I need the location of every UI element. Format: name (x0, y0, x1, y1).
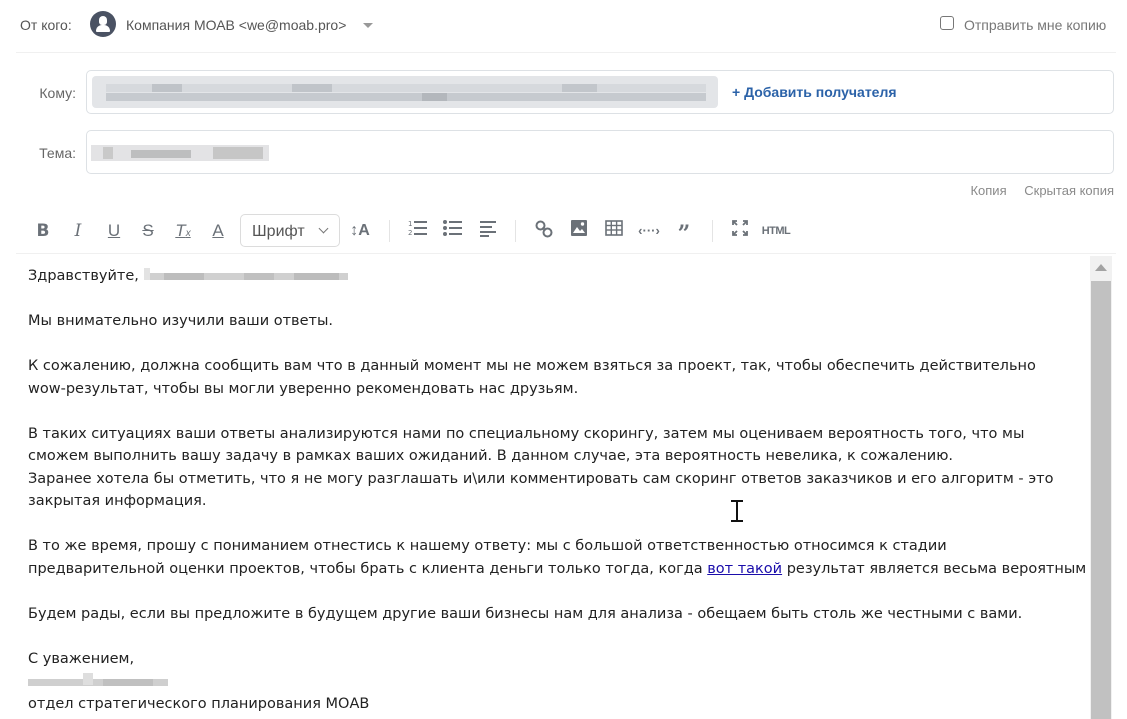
body-paragraph: К сожалению, должна сообщить вам что в д… (28, 355, 1086, 400)
message-editor[interactable]: Здравствуйте, Мы внимательно изучили ваш… (16, 256, 1086, 719)
subject-input[interactable] (86, 130, 1114, 174)
image-icon[interactable] (566, 219, 592, 243)
divider (16, 52, 1116, 53)
signer-name-redacted (28, 673, 170, 689)
recipient-chip-redacted[interactable] (92, 76, 718, 108)
font-family-select[interactable]: Шрифт (240, 214, 340, 247)
toolbar-separator (515, 220, 516, 242)
fullscreen-icon[interactable] (727, 219, 753, 243)
editor-toolbar: B I U S Tx A Шрифт ↕A 12 ‹···› ” HTML (16, 212, 1116, 250)
chevron-down-icon (319, 224, 329, 234)
font-size-icon[interactable]: ↕A (347, 219, 373, 243)
subject-value-redacted (91, 143, 271, 162)
caret-down-icon[interactable] (363, 23, 373, 28)
quote-icon[interactable]: ” (671, 219, 697, 243)
italic-icon[interactable]: I (65, 219, 91, 243)
body-paragraph: В таких ситуациях ваши ответы анализирую… (28, 423, 1086, 513)
underline-icon[interactable]: U (101, 219, 127, 243)
from-label: От кого: (20, 17, 72, 33)
scroll-up-arrow-icon[interactable] (1090, 256, 1112, 280)
add-recipient-button[interactable]: + Добавить получателя (732, 84, 897, 100)
align-left-icon[interactable] (475, 219, 501, 243)
editor-scrollbar[interactable] (1090, 256, 1112, 719)
text-cursor-icon (730, 500, 744, 522)
ordered-list-icon[interactable]: 12 (405, 219, 431, 243)
table-icon[interactable] (601, 219, 627, 243)
body-paragraph: Будем рады, если вы предложите в будущем… (28, 603, 1086, 626)
cc-links: Копия Скрытая копия (956, 183, 1114, 198)
body-paragraph: В то же время, прошу с пониманием отнест… (28, 535, 1086, 580)
send-copy-label[interactable]: Отправить мне копию (964, 17, 1106, 33)
html-source-button[interactable]: HTML (760, 219, 792, 243)
body-paragraph: Мы внимательно изучили ваши ответы. (28, 310, 1086, 333)
font-color-icon[interactable]: A (205, 219, 231, 243)
svg-text:2: 2 (408, 229, 412, 237)
link-icon[interactable] (531, 219, 557, 243)
to-field[interactable]: + Добавить получателя (86, 70, 1114, 114)
toolbar-separator (389, 220, 390, 242)
scroll-thumb[interactable] (1091, 281, 1111, 719)
strikethrough-icon[interactable]: S (135, 219, 161, 243)
bullet-list-icon[interactable] (440, 219, 466, 243)
subject-label: Тема: (20, 145, 76, 161)
inline-link[interactable]: вот такой (707, 561, 782, 577)
greeting-text: Здравствуйте, (28, 268, 139, 284)
toolbar-separator (712, 220, 713, 242)
svg-text:1: 1 (408, 220, 412, 228)
clear-format-icon[interactable]: Tx (170, 219, 196, 243)
user-avatar-icon (90, 11, 116, 37)
recipient-name-redacted (144, 268, 352, 284)
sender-select[interactable]: Компания МОАВ <we@moab.pro> (126, 17, 346, 33)
code-icon[interactable]: ‹···› (636, 219, 662, 243)
cc-link[interactable]: Копия (970, 183, 1006, 198)
divider (16, 253, 1116, 254)
send-copy-checkbox[interactable] (940, 16, 954, 30)
from-row: От кого: Компания МОАВ <we@moab.pro> Отп… (0, 0, 1127, 52)
signature: С уважением, отдел стратегического плани… (28, 648, 1086, 716)
bcc-link[interactable]: Скрытая копия (1024, 183, 1114, 198)
bold-icon[interactable]: B (30, 219, 56, 243)
to-label: Кому: (20, 85, 76, 101)
